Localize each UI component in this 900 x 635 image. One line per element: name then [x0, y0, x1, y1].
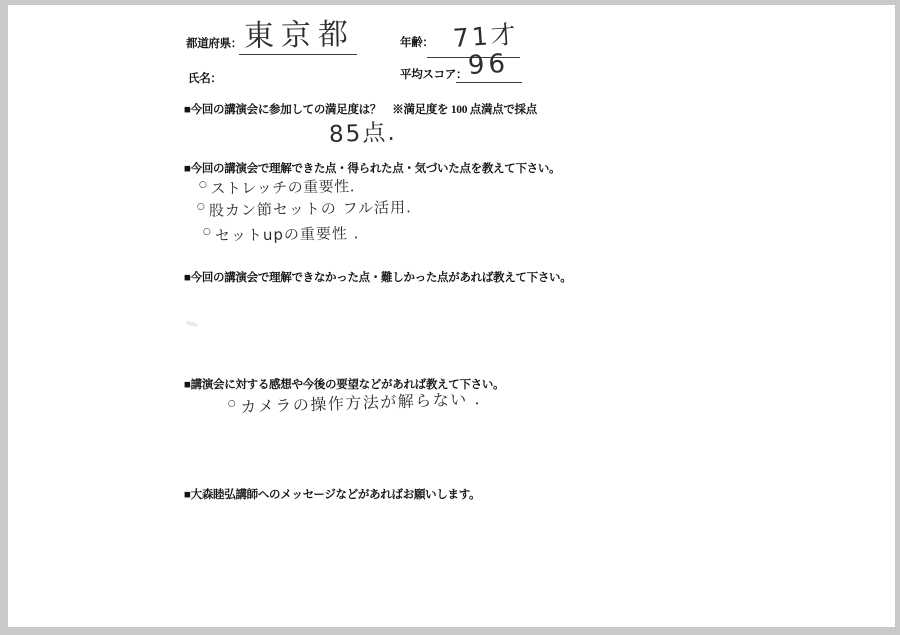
age-handwritten-value: 71才	[452, 21, 519, 51]
handwritten-bullet-icon: ○	[199, 180, 208, 190]
answer-bullet-setup-text: セットupの重要性 .	[215, 224, 360, 245]
handwritten-bullet-icon: ○	[197, 202, 206, 212]
answer-bullet-stretch-text: ストレッチの重要性.	[210, 177, 355, 198]
prefecture-handwritten-value: 東京都	[244, 20, 356, 52]
answer-bullet-stretch: ○ストレッチの重要性.	[199, 178, 355, 197]
answer-bullet-hip-joint: ○股カン節セットの フル活用.	[197, 199, 412, 219]
handwritten-bullet-icon: ○	[203, 227, 212, 237]
question-difficult-points: ■今回の講演会で理解できなかった点・難しかった点があれば教えて下さい。	[184, 272, 571, 286]
answer-bullet-setup: ○セットupの重要性 .	[203, 225, 360, 244]
age-label: 年齢：	[400, 37, 434, 51]
average-score-underline	[456, 82, 522, 83]
answer-bullet-hip-joint-text: 股カン節セットの フル活用.	[209, 198, 412, 220]
prefecture-underline	[239, 54, 357, 55]
handwritten-bullet-icon: ○	[228, 399, 238, 409]
question-satisfaction: ■今回の講演会に参加しての満足度は？ ※満足度を 100 点満点で採点	[184, 104, 537, 118]
average-score-handwritten-value: 96	[467, 51, 509, 79]
average-score-label: 平均スコア：	[400, 69, 467, 83]
scanned-survey-form: 都道府県： 東京都 年齢： 71才 氏名： 平均スコア： 96 ■今回の講演会に…	[0, 0, 900, 635]
question-understood-points: ■今回の講演会で理解できた点・得られた点・気づいた点を教えて下さい。	[184, 163, 560, 177]
question-message-to-lecturer: ■大森睦弘講師へのメッセージなどがあればお願いします。	[184, 489, 480, 503]
paper-sheet	[8, 5, 895, 627]
name-label: 氏名：	[188, 73, 222, 87]
prefecture-label: 都道府県：	[186, 38, 242, 52]
answer-satisfaction-handwritten: 85点.	[329, 122, 397, 147]
